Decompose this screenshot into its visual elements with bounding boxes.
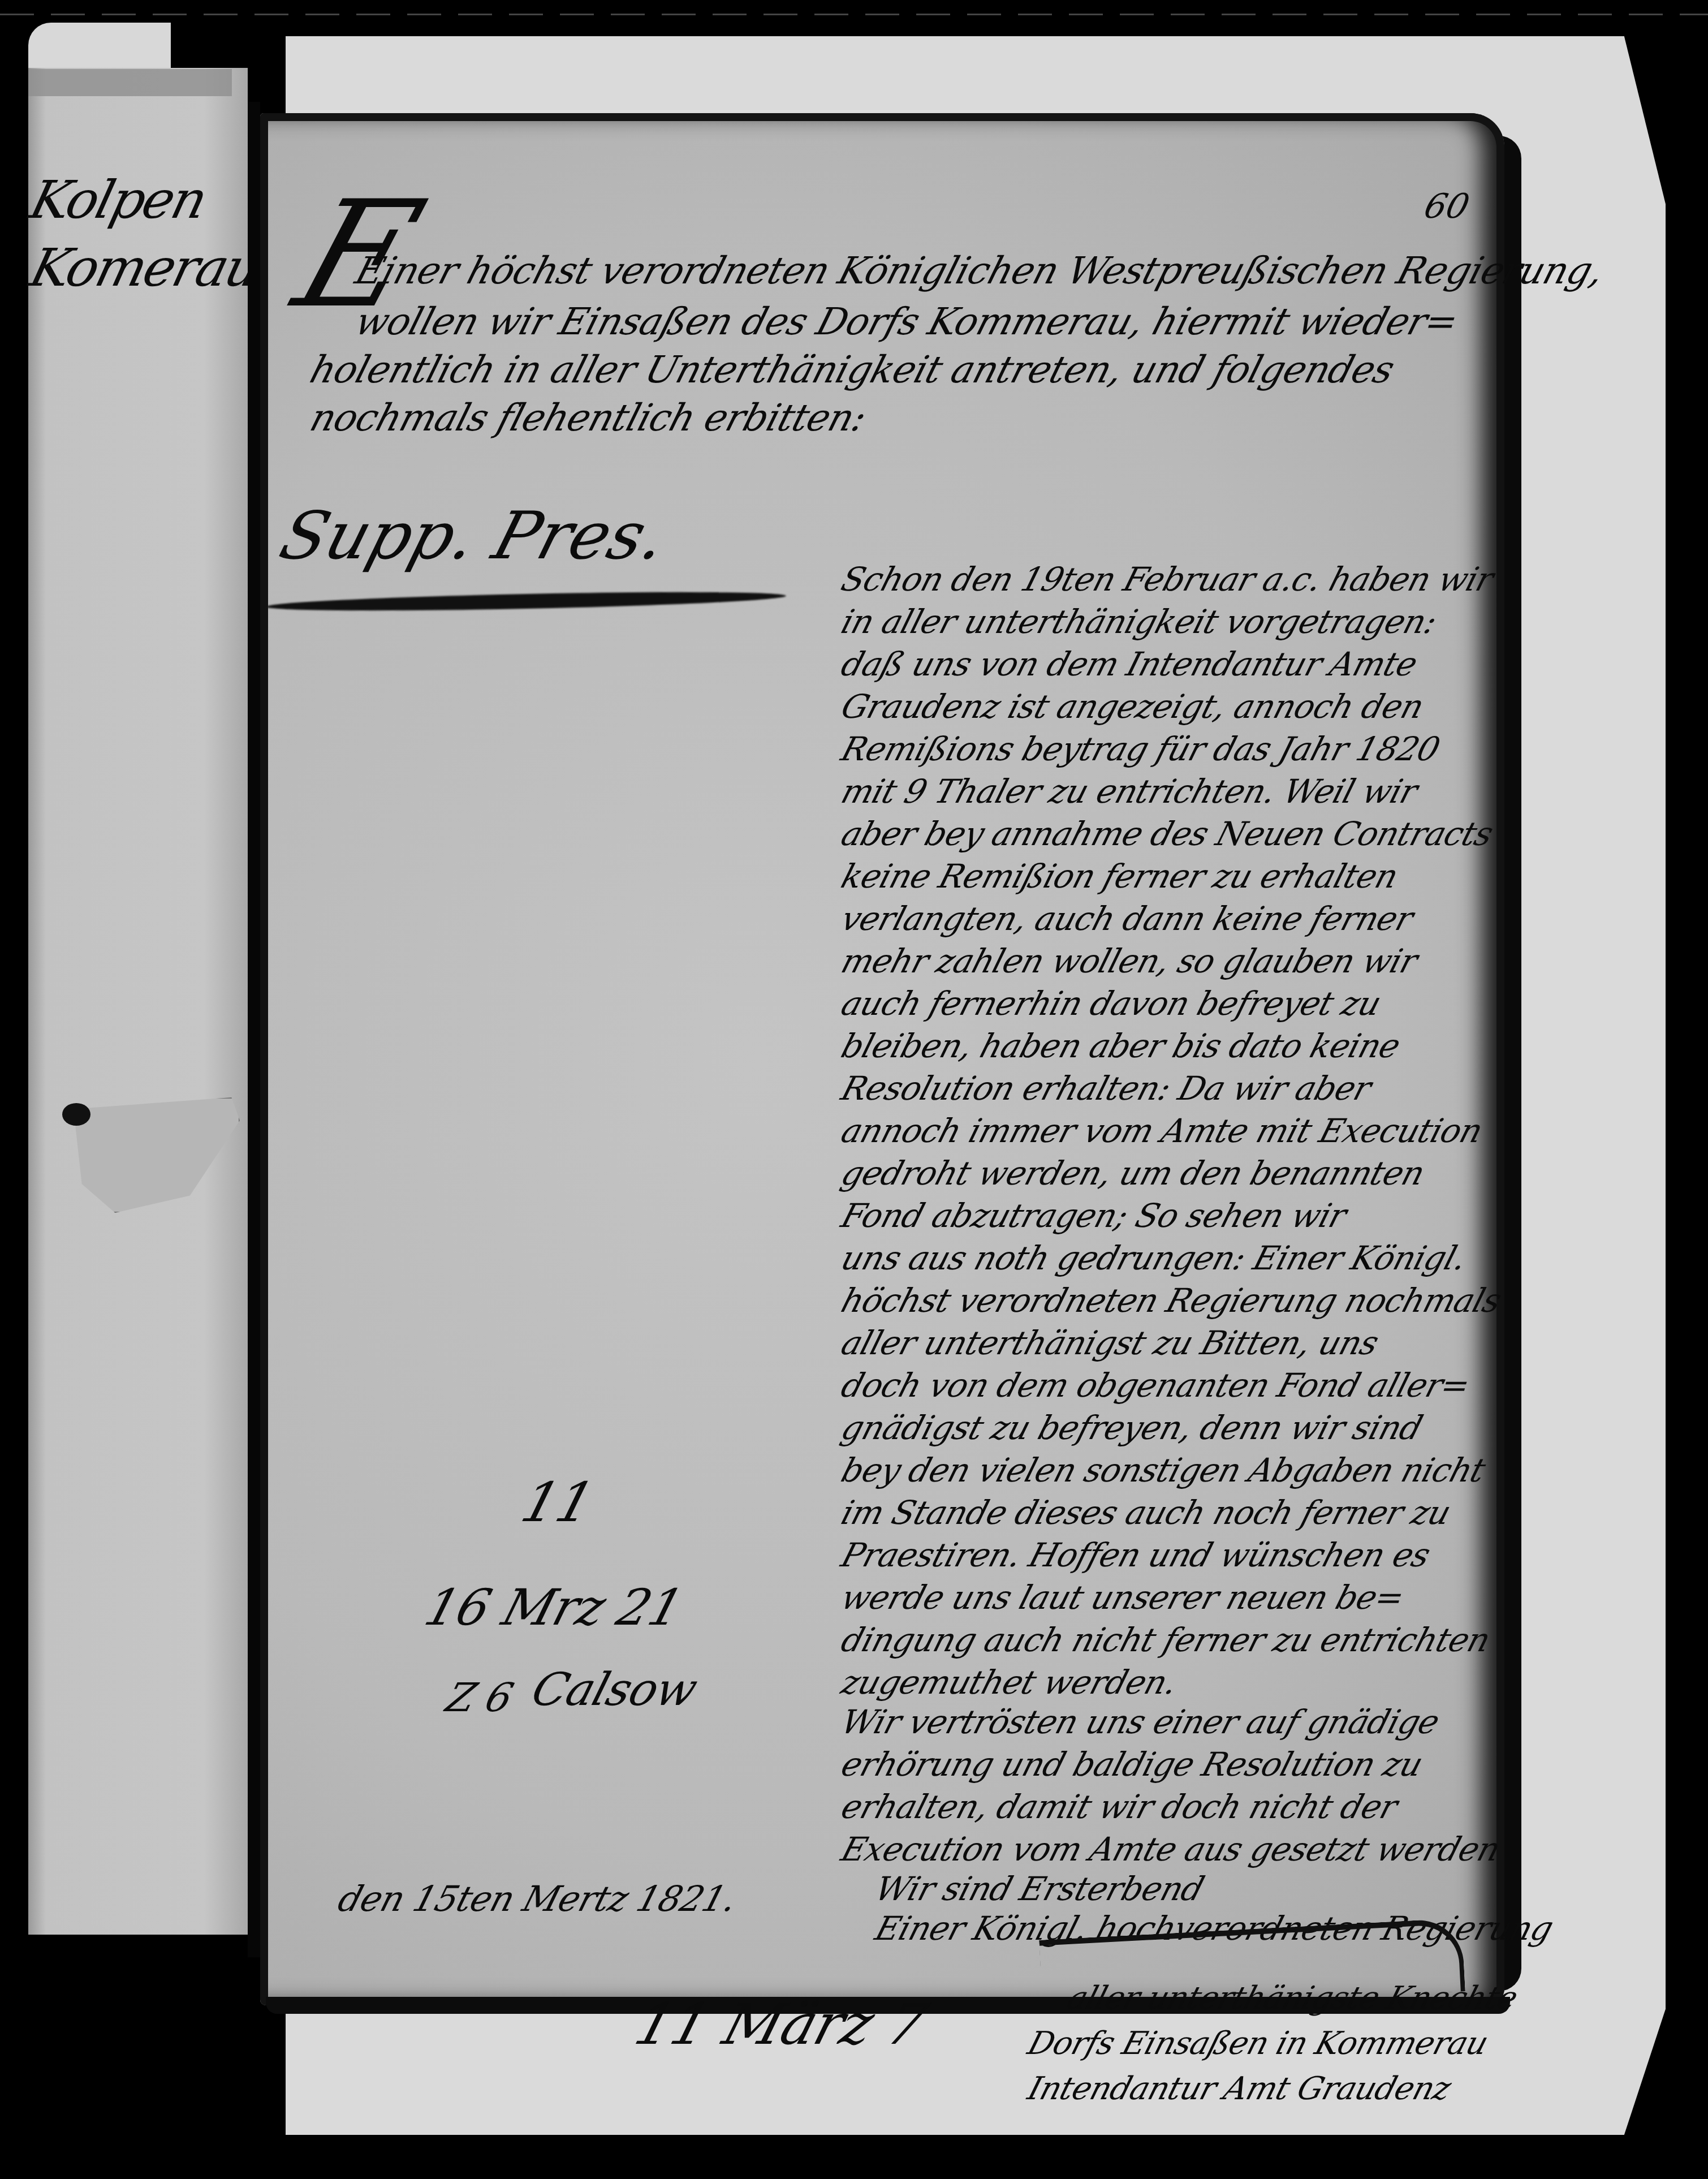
signature-line-1: aller unterthänigste Knechte (1063, 1980, 1521, 2017)
body-line: Resolution erhalten: Da wir aber (837, 1069, 1375, 1108)
body-line: in aller unterthänigkeit vorgetragen: (837, 602, 1441, 641)
body-line: höchst verordneten Regierung nochmals (837, 1281, 1506, 1320)
body-line: annoch immer vom Amte mit Execution (837, 1112, 1487, 1150)
body-line: gnädigst zu befreyen, denn wir sind (837, 1409, 1426, 1447)
body-line: Graudenz ist angezeigt, annoch den (837, 687, 1428, 726)
body-line: erhörung und baldige Resolution zu (837, 1745, 1427, 1784)
body-line: doch von dem obgenanten Fond aller= (837, 1366, 1474, 1405)
body-line: werde uns laut unserer neuen be= (837, 1578, 1408, 1617)
salutation-line-3: holentlich in aller Unterthänigkeit antr… (305, 348, 1399, 391)
body-line: gedroht werden, um den benannten (837, 1154, 1429, 1192)
binding-strip-band (28, 69, 232, 96)
body-line: verlangten, auch dann keine ferner (837, 899, 1417, 938)
body-line: keine Remißion ferner zu erhalten (837, 857, 1402, 895)
body-line: Schon den 19ten Februar a.c. haben wir (837, 560, 1498, 598)
binding-gutter (248, 102, 260, 1957)
salutation-line-2: wollen wir Einsaßen des Dorfs Kommerau, … (351, 300, 1463, 343)
body-line: bey den vielen sonstigen Abgaben nicht (837, 1451, 1490, 1489)
body-line: dingung auch nicht ferner zu entrichten (837, 1621, 1494, 1659)
receipt-note-name: Calsow (526, 1663, 703, 1716)
body-line: Remißions beytrag für das Jahr 1820 (837, 730, 1444, 768)
salutation-line-4: nochmals flehentlich erbitten: (305, 396, 871, 440)
body-line: Fond abzutragen; So sehen wir (837, 1196, 1351, 1235)
body-line: uns aus noth gedrungen: Einer Königl. (837, 1239, 1470, 1277)
strip-label-line-1: Kolpen (24, 170, 212, 230)
salutation-line-1: Einer höchst verordneten Königlichen Wes… (351, 249, 1608, 292)
receipt-note-date: 16 Mrz 21 (419, 1578, 689, 1637)
ink-blot (62, 1103, 90, 1126)
receipt-note-mark: Z 6 (441, 1674, 518, 1721)
body-line: im Stande dieses auch noch ferner zu (837, 1493, 1455, 1532)
body-line: aller unterthänigst zu Bitten, uns (837, 1324, 1383, 1362)
body-line: daß uns von dem Intendantur Amte (837, 645, 1421, 683)
body-line: zugemuthet werden. (837, 1663, 1181, 1702)
strip-label-line-2: Komerau (24, 238, 266, 298)
binding-strip (28, 68, 248, 1935)
body-line: auch fernerhin davon befreyet zu (837, 984, 1385, 1023)
document-date: den 15ten Mertz 1821. (334, 1878, 741, 1919)
body-line: erhalten, damit wir doch nicht der (837, 1788, 1401, 1826)
body-line: bleiben, haben aber bis dato keine (837, 1027, 1404, 1065)
heading-supp-pres: Supp. Pres. (272, 498, 676, 574)
body-line: mit 9 Thaler zu entrichten. Weil wir (837, 772, 1422, 811)
bottom-registry-mark: 11 März 7 (628, 1991, 934, 2057)
body-line: mehr zahlen wollen, so glauben wir (837, 942, 1422, 980)
body-line: aber bey annahme des Neuen Contracts (837, 815, 1497, 853)
body-line: Wir sind Ersterbend (871, 1870, 1208, 1908)
binding-strip-top (28, 23, 171, 69)
body-line: Wir vertrösten uns einer auf gnädige (837, 1703, 1443, 1741)
scan-border-line (0, 14, 1708, 15)
body-line: Execution vom Amte aus gesetzt werden (837, 1830, 1504, 1868)
body-line: Praestiren. Hoffen und wünschen es (837, 1536, 1434, 1574)
signature-line-2: Dorfs Einsaßen in Kommerau (1024, 2025, 1492, 2062)
signature-line-3: Intendantur Amt Graudenz (1024, 2070, 1455, 2107)
